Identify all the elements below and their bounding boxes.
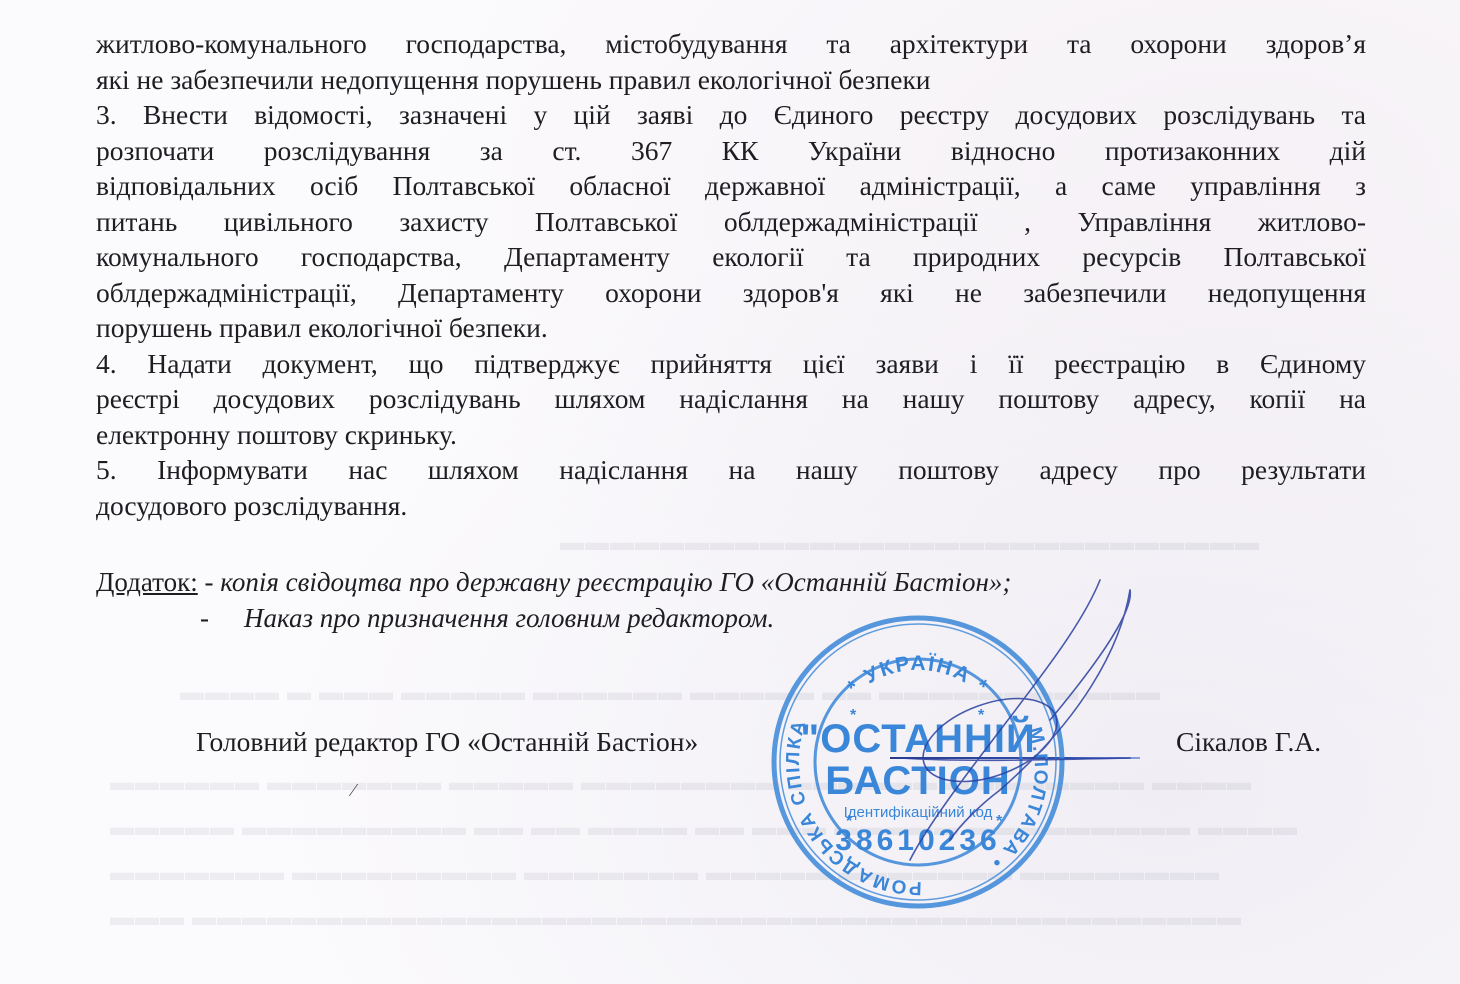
bleed-through-text: ▬▬▬ ▬▬▬▬▬▬▬▬▬▬▬▬▬▬▬▬▬▬▬▬▬▬▬▬▬▬▬▬▬▬▬▬▬▬▬▬… [110,905,1242,932]
svg-text:38610236: 38610236 [835,824,1000,857]
pen-mark: ⁄ [352,780,355,801]
body-line: досудового розслідування. [96,488,1366,524]
bleed-through-text: ▬▬▬▬▬▬▬▬▬▬▬▬▬▬▬▬▬▬▬▬▬▬▬▬▬▬▬▬ [560,530,1260,557]
body-line: 5. Інформувати нас шляхом надіслання на … [96,452,1366,488]
attachments-section: Додаток: - копія свідоцтва про державну … [96,564,1296,636]
svg-text:"ОСТАННІЙ: "ОСТАННІЙ [800,715,1035,761]
svg-text:БАСТІОН: БАСТІОН [825,759,1011,803]
body-line: питань цивільного захисту Полтавської об… [96,204,1366,240]
attachment-item: - копія свідоцтва про державну реєстраці… [198,567,1012,597]
body-line: які не забезпечили недопущення порушень … [96,62,1366,98]
signatory-position: Головний редактор ГО «Останній Бастіон» [196,726,698,758]
bleed-through-text: ▬▬▬▬▬▬ ▬▬▬▬▬▬▬ ▬▬▬▬▬ ▬▬▬▬▬▬▬▬ ▬▬▬▬▬▬ ▬▬▬… [110,770,1252,797]
svg-text:Ідентифікаційний код: Ідентифікаційний код [844,804,993,821]
body-line: відповідальних осіб Полтавської обласної… [96,168,1366,204]
body-line: 3. Внести відомості, зазначені у цій зая… [96,97,1366,133]
bleed-through-text: ▬▬▬▬▬ ▬▬▬▬▬▬▬▬▬ ▬▬ ▬▬ ▬▬▬▬ ▬▬ ▬▬▬ ▬▬▬▬▬ … [110,815,1298,842]
body-line: розпочати розслідування за ст. 367 КК Ук… [96,133,1366,169]
svg-text:* УКРАЇНА *: * УКРАЇНА * [843,652,993,699]
signatory-name: Сікалов Г.А. [1176,726,1321,758]
body-line: комунального господарства, Департаменту … [96,239,1366,275]
svg-text:*: * [846,813,853,830]
body-line: облдержадміністрації, Департаменту охоро… [96,275,1366,311]
attachments-label: Додаток: [96,567,198,597]
body-line: 4. Надати документ, що підтверджує прийн… [96,346,1366,382]
svg-text:*: * [978,707,985,724]
attachment-item: Наказ про призначення головним редакторо… [244,603,774,633]
stamp-seal-icon: * УКРАЇНА * ГРОМАДСЬКА СПІЛКА • М.ПОЛТАВ… [768,612,1068,912]
body-line: житлово-комунального господарства, місто… [96,26,1366,62]
scanned-page: ▬▬▬▬ ▬ ▬▬▬ ▬▬▬▬▬ ▬▬▬▬▬▬ ▬▬▬▬▬ ▬▬ ▬▬▬▬▬▬▬… [0,0,1460,984]
document-body: житлово-комунального господарства, місто… [96,26,1366,523]
organization-stamp: * УКРАЇНА * ГРОМАДСЬКА СПІЛКА • М.ПОЛТАВ… [768,612,1068,912]
svg-text:*: * [850,707,857,724]
body-line: реєстрі досудових розслідувань шляхом на… [96,381,1366,417]
body-line: електронну поштову скриньку. [96,417,1366,453]
attachment-bullet: - [200,600,244,636]
svg-text:*: * [996,813,1003,830]
body-line: порушень правил екологічної безпеки. [96,310,1366,346]
